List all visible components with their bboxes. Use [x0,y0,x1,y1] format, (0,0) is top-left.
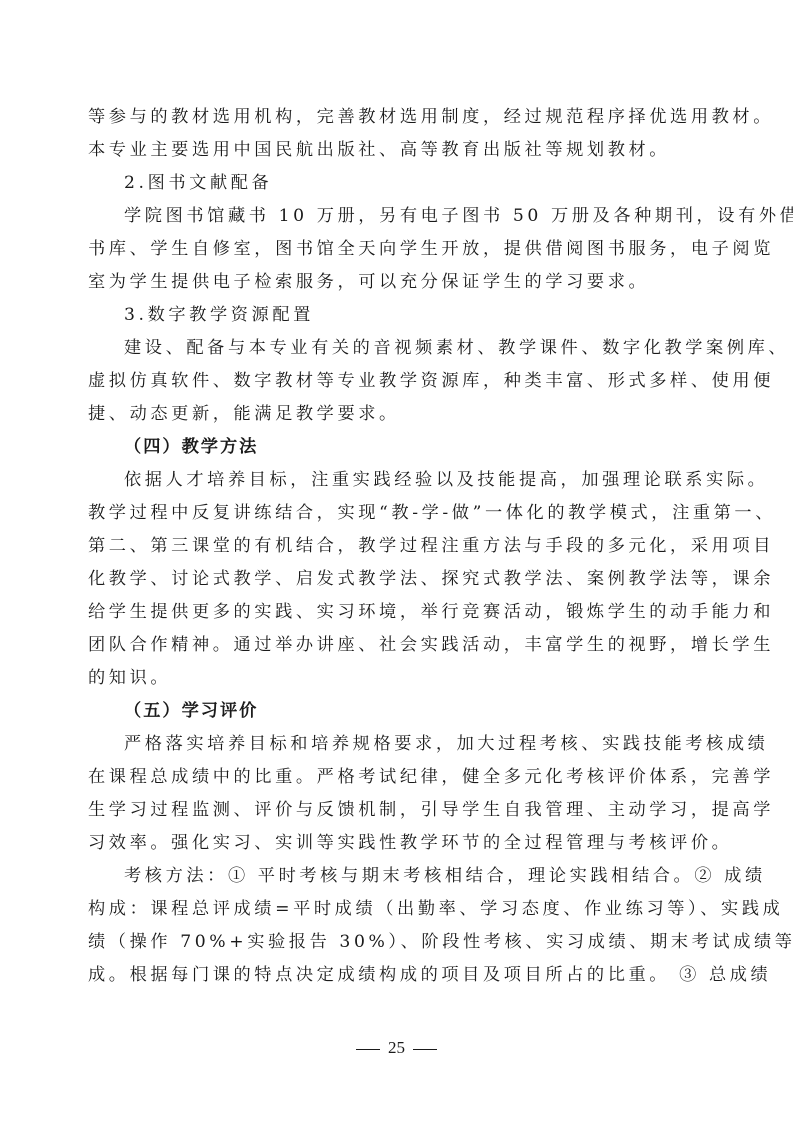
text-line: 给学生提供更多的实践、实习环境，举行竞赛活动，锻炼学生的动手能力和 [88,596,708,629]
text-line: 在课程总成绩中的比重。严格考试纪律，健全多元化考核评价体系，完善学 [88,761,708,794]
text-line: 绩（操作 70%+实验报告 30%）、阶段性考核、实习成绩、期末考试成绩等构 [88,926,708,959]
footer-dash-left [356,1049,380,1050]
section-heading-learning-evaluation: （五）学习评价 [88,695,708,728]
text-line: 的知识。 [88,662,708,695]
text-line: 本专业主要选用中国民航出版社、高等教育出版社等规划教材。 [88,134,708,167]
text-line: 捷、动态更新，能满足教学要求。 [88,398,708,431]
footer-dash-right [413,1049,437,1050]
text-line: 构成：课程总评成绩=平时成绩（出勤率、学习态度、作业练习等）、实践成 [88,893,708,926]
text-line: 建设、配备与本专业有关的音视频素材、教学课件、数字化教学案例库、 [88,332,708,365]
text-line: 室为学生提供电子检索服务，可以充分保证学生的学习要求。 [88,266,708,299]
section-heading-teaching-methods: （四）教学方法 [88,431,708,464]
text-line: 成。根据每门课的特点决定成绩构成的项目及项目所占的比重。 ③ 总成绩 [88,959,708,992]
text-line: 虚拟仿真软件、数字教材等专业教学资源库，种类丰富、形式多样、使用便 [88,365,708,398]
text-line: 教学过程中反复讲练结合，实现“教-学-做”一体化的教学模式，注重第一、 [88,497,708,530]
text-line: 学院图书馆藏书 10 万册，另有电子图书 50 万册及各种期刊，设有外借 [88,200,708,233]
subheading-digital-resources: 3.数字教学资源配置 [88,299,708,332]
text-line: 等参与的教材选用机构，完善教材选用制度，经过规范程序择优选用教材。 [88,101,708,134]
document-page: 等参与的教材选用机构，完善教材选用制度，经过规范程序择优选用教材。 本专业主要选… [88,101,708,992]
subheading-library-resources: 2.图书文献配备 [88,167,708,200]
text-line: 考核方法：① 平时考核与期末考核相结合，理论实践相结合。② 成绩 [88,860,708,893]
text-line: 书库、学生自修室，图书馆全天向学生开放，提供借阅图书服务，电子阅览 [88,233,708,266]
text-line: 生学习过程监测、评价与反馈机制，引导学生自我管理、主动学习，提高学 [88,794,708,827]
text-line: 严格落实培养目标和培养规格要求，加大过程考核、实践技能考核成绩 [88,728,708,761]
text-line: 习效率。强化实习、实训等实践性教学环节的全过程管理与考核评价。 [88,827,708,860]
text-line: 依据人才培养目标，注重实践经验以及技能提高，加强理论联系实际。 [88,464,708,497]
text-line: 第二、第三课堂的有机结合，教学过程注重方法与手段的多元化，采用项目 [88,530,708,563]
page-number: 25 [388,1038,405,1057]
page-footer: 25 [0,1038,793,1058]
text-line: 化教学、讨论式教学、启发式教学法、探究式教学法、案例教学法等，课余 [88,563,708,596]
text-line: 团队合作精神。通过举办讲座、社会实践活动，丰富学生的视野，增长学生 [88,629,708,662]
